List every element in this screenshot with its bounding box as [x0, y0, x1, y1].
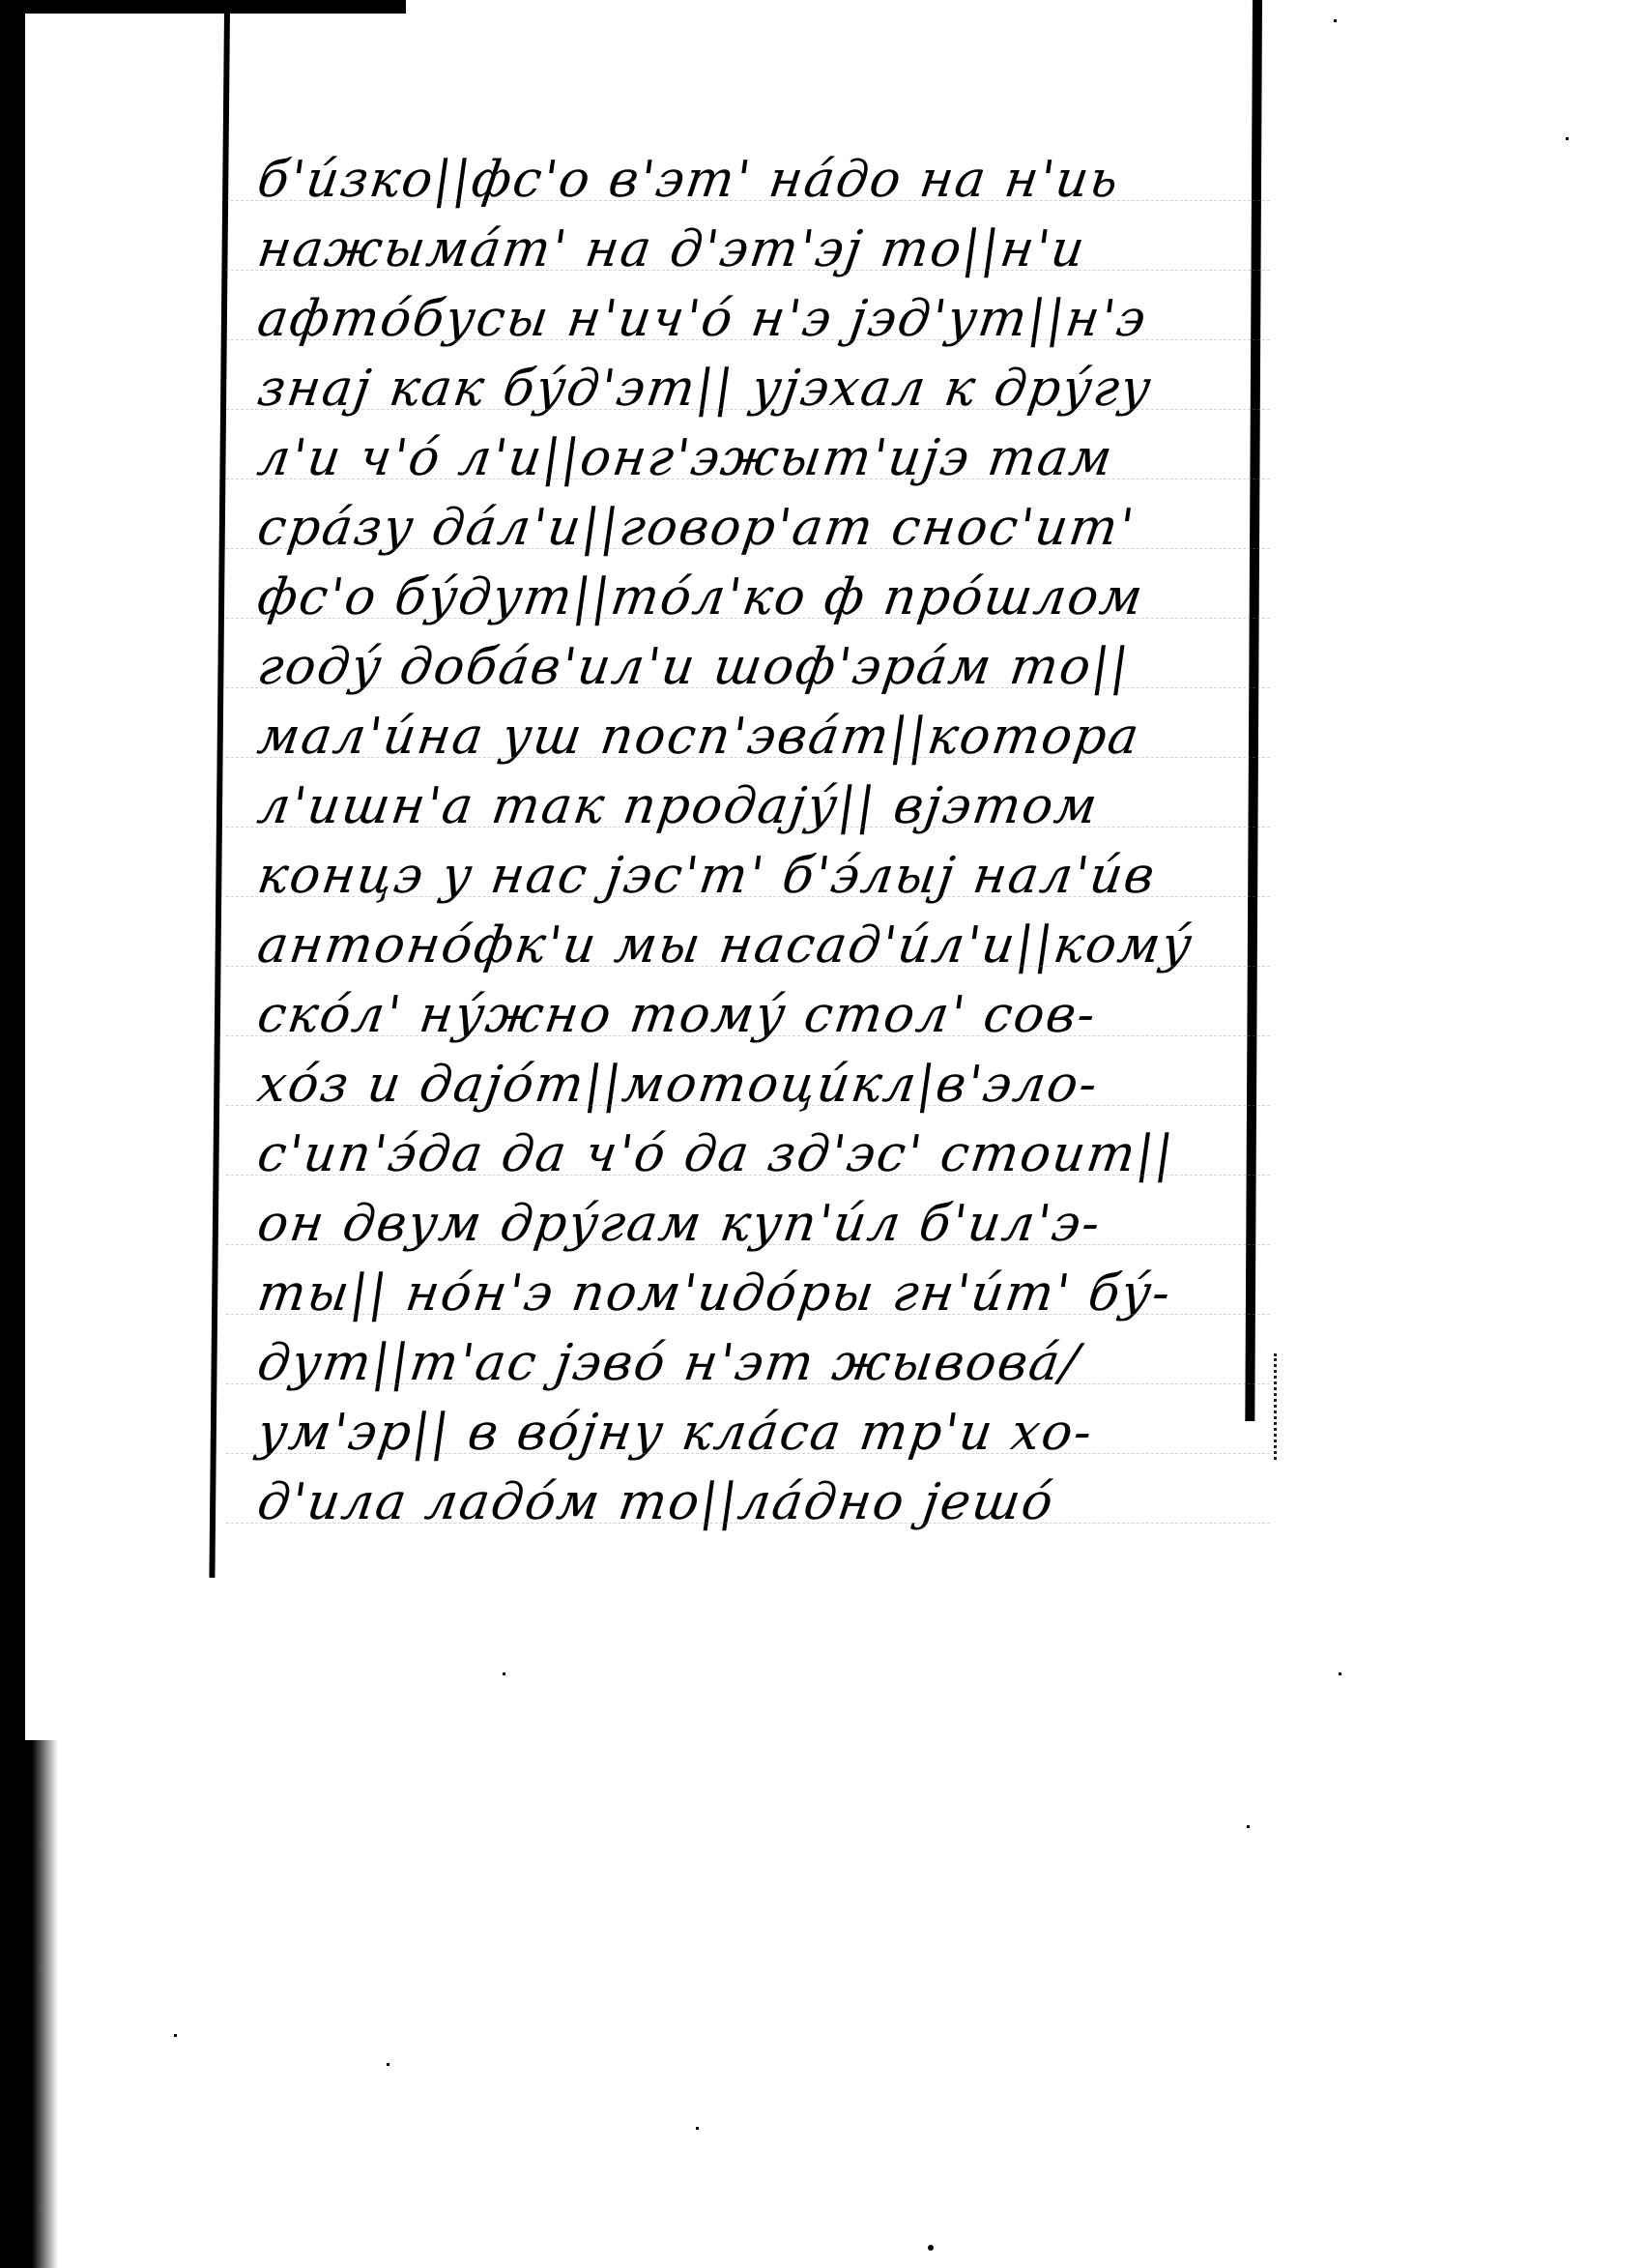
text-line-1: б'и́зко||фс'о в'эт' на́до на н'иь [253, 145, 1268, 215]
text-line-14: хо́з и даjо́т||мотоци́кл|в'эло- [253, 1050, 1268, 1119]
scan-speck [928, 2245, 934, 2251]
text-line-8: году́ доба́в'ил'и шоф'эра́м то|| [253, 632, 1268, 702]
scan-speck [1339, 1672, 1341, 1675]
handwritten-text-block: б'и́зко||фс'о в'эт' на́до на н'иь нажыма… [253, 145, 1258, 1537]
text-line-12: антоно́фк'и мы насад'и́л'и||кому́ [253, 911, 1268, 980]
text-line-16: он двум дру́гам куп'и́л б'ил'э- [253, 1189, 1268, 1259]
scan-top-shadow [0, 0, 406, 14]
left-margin-rule [209, 10, 230, 1578]
text-line-11: концэ у нас jэс'т' б'э́лыj нал'и́в [253, 841, 1268, 911]
right-margin-rule-faint [1274, 1353, 1280, 1460]
text-line-6: сра́зу да́л'и||говор'ат снос'ит' [253, 493, 1268, 563]
scanned-manuscript-page: б'и́зко||фс'о в'эт' на́до на н'иь нажыма… [0, 0, 1643, 2268]
text-line-2: нажыма́т' на д'эт'эj то||н'и [253, 215, 1268, 284]
scan-speck [1247, 1825, 1250, 1828]
text-line-7: фс'о бу́дут||то́л'ко ф про́шлом [253, 563, 1268, 632]
scan-speck [387, 2063, 389, 2066]
scan-speck [503, 1672, 505, 1675]
text-line-10: л'ишн'а так продаjу́|| вjэтом [253, 771, 1268, 841]
text-line-13: ско́л' ну́жно тому́ стол' сов- [253, 980, 1268, 1050]
text-line-19: ум'эр|| в во́jну кла́са тр'и хо- [253, 1398, 1268, 1468]
text-line-20: д'ила ладо́м то||ла́дно jешо́ [253, 1468, 1268, 1537]
text-line-15: с'ип'э́да да ч'о́ да зд'эс' стоит|| [253, 1119, 1268, 1189]
text-line-18: дут||т'ас jэво́ н'эт жывова́/ [253, 1328, 1268, 1398]
scan-speck [696, 2127, 699, 2130]
binding-shadow-flare [0, 1740, 58, 2268]
text-line-4: знаj как бу́д'эт|| уjэхал к дру́гу [253, 354, 1268, 423]
text-line-17: ты|| но́н'э пом'идо́ры гн'и́т' бу́- [253, 1259, 1268, 1328]
scan-speck [1566, 137, 1569, 140]
scan-speck [1334, 19, 1337, 22]
text-line-5: л'и ч'о́ л'и||онг'эжыт'иjэ там [253, 423, 1268, 493]
scan-speck [174, 2034, 177, 2037]
text-line-3: афто́бусы н'ич'о́ н'э jэд'ут||н'э [253, 284, 1268, 354]
text-line-9: мал'и́на уш посп'эва́т||котора [253, 702, 1268, 771]
